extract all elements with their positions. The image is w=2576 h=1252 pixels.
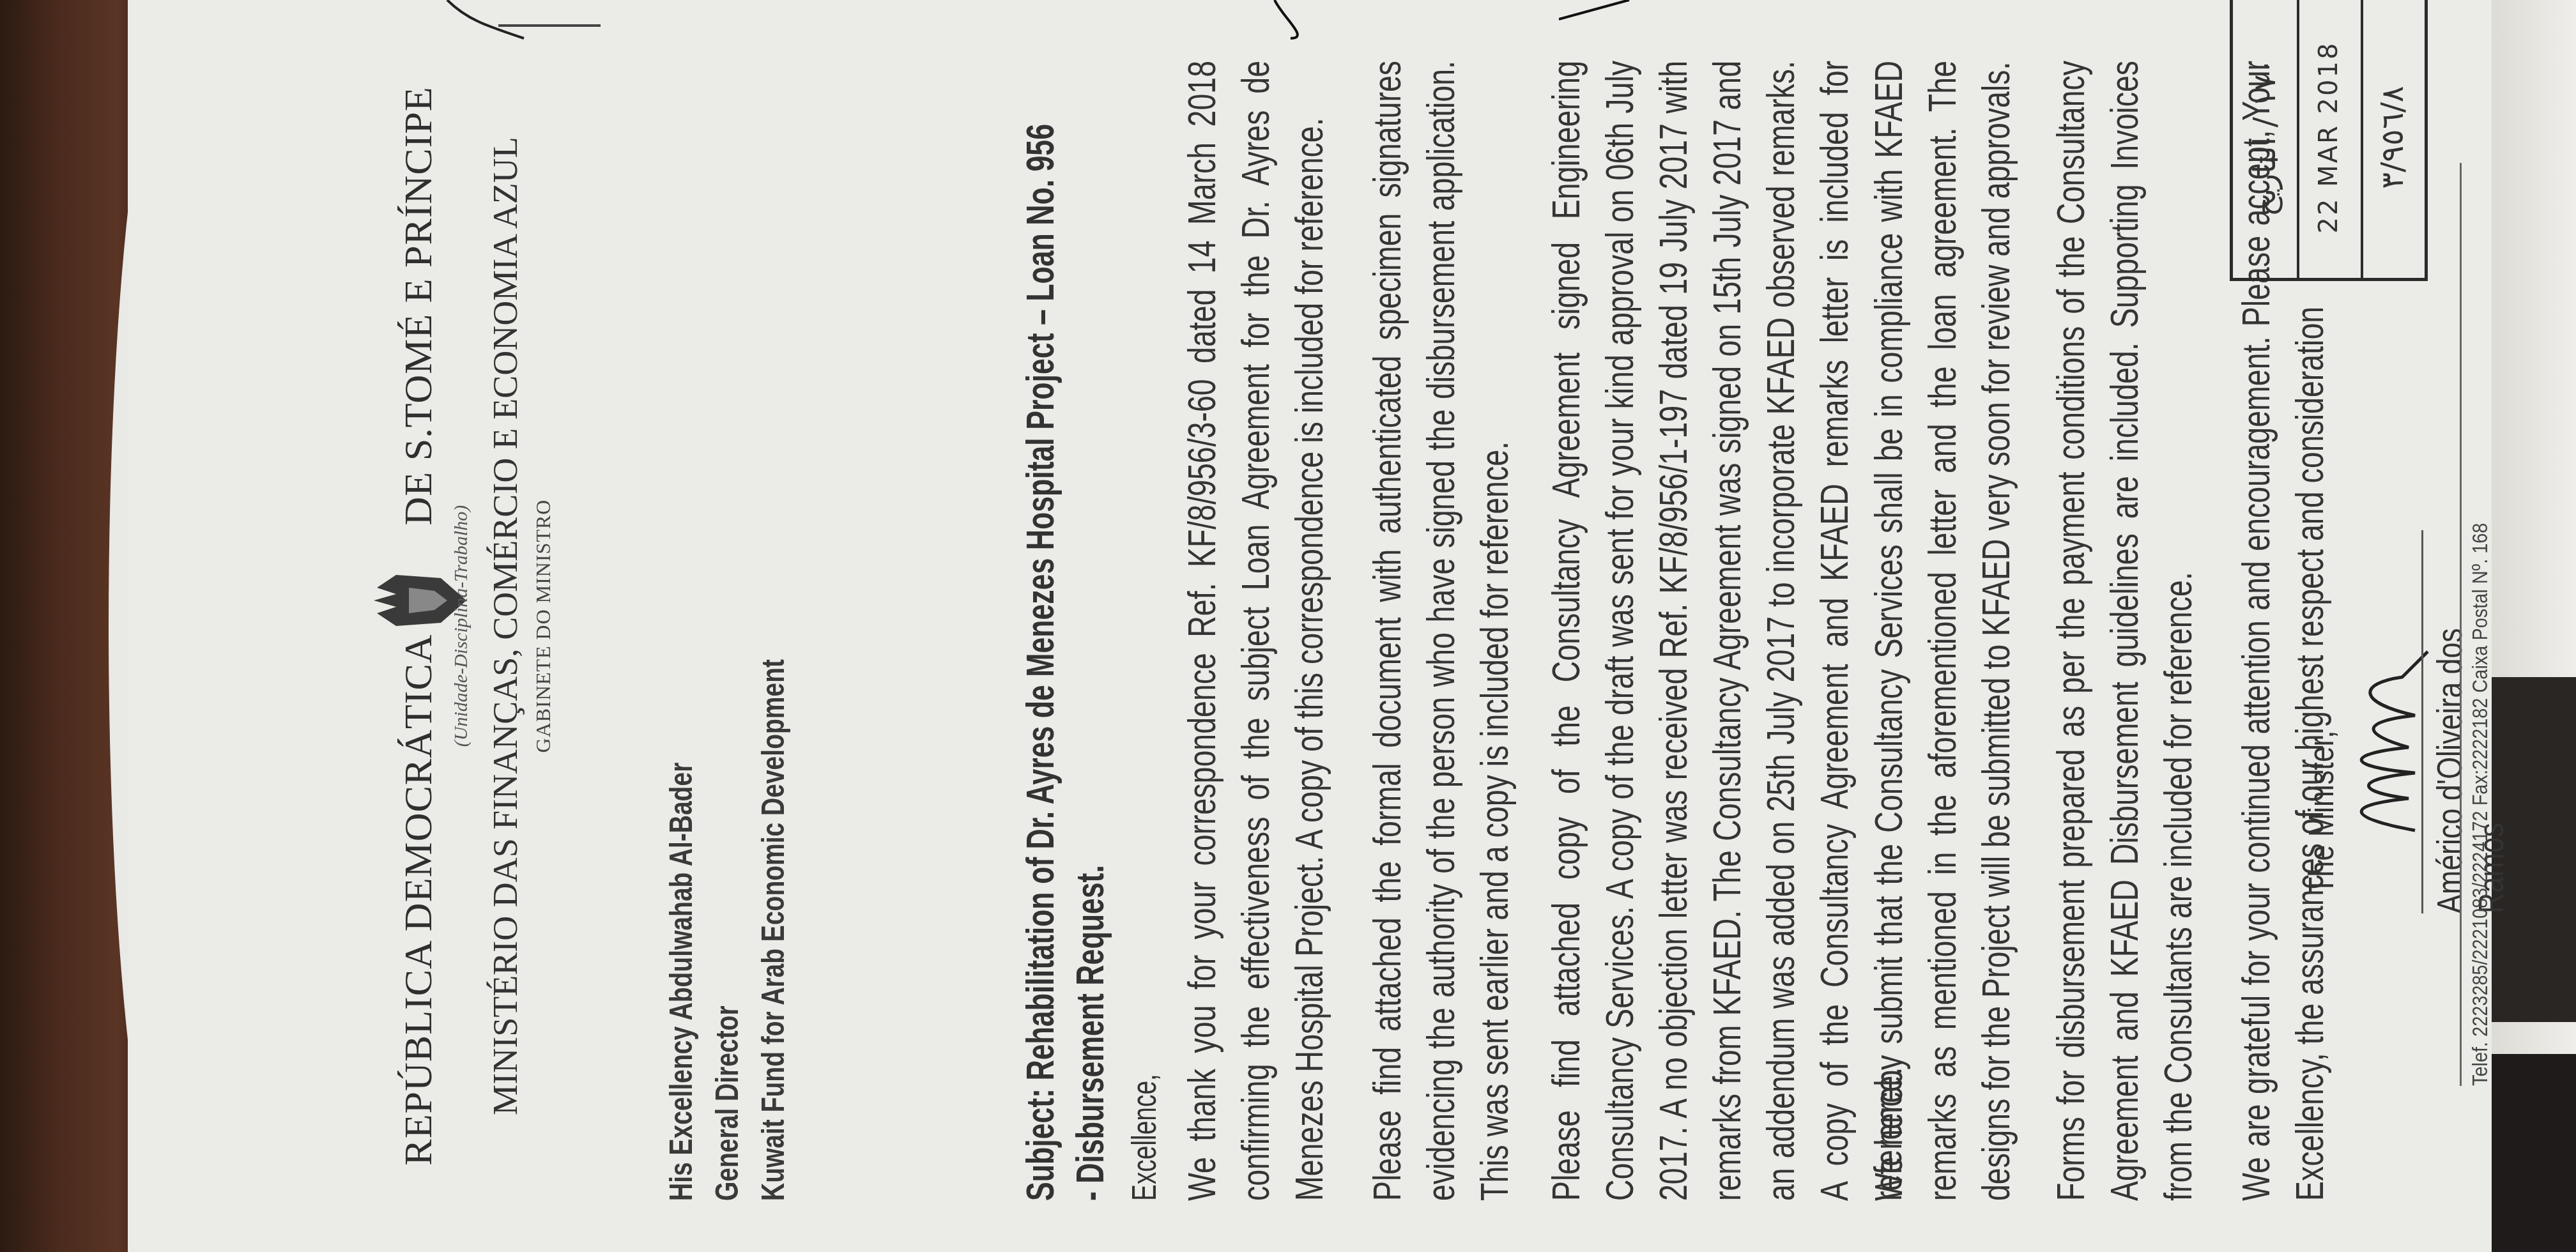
- pen-mark-icon: [319, 0, 1086, 166]
- salutation: Excellence,: [1124, 1074, 1164, 1201]
- received-stamp: ١٧٠ / التاريخ 22 MAR 2018 ٣/٩٥٦/٨: [2230, 0, 2428, 281]
- paragraph: Please find attached the formal document…: [1361, 61, 1522, 1201]
- paragraph: Forms for disbursement prepared as per t…: [2044, 61, 2205, 1201]
- paragraph: Please find attached copy of the Consult…: [1540, 61, 1915, 1201]
- letterhead-left: REPÚBLICA DEMOCRÁTICA: [397, 634, 440, 1165]
- pen-stroke-icon: [1559, 0, 1636, 26]
- letterhead-motto: (Unidade-Disciplina-Trabalho): [450, 0, 472, 1252]
- subject-line: Subject: Rehabilitation of Dr. Ayres de …: [1016, 120, 1115, 1201]
- recipient-title: General Director: [704, 659, 750, 1201]
- table-surface: [0, 0, 147, 1252]
- letter-paper: REPÚBLICA DEMOCRÁTICADE S.TOMÉ E PRÍNCIP…: [128, 0, 2492, 1252]
- pen-stroke-icon: [1271, 0, 1476, 64]
- stamp-file-ref: ٣/٩٥٦/٨: [2361, 0, 2425, 278]
- stamp-date: 22 MAR 2018: [2297, 0, 2363, 278]
- ministry-name: MINISTÉRIO DAS FINANÇAS, COMÉRCIO E ECON…: [486, 0, 525, 1252]
- recipient-block: His Excellency Abdulwahab Al-Bader Gener…: [658, 659, 796, 1201]
- paragraph: We hereby submit that the Consultancy Se…: [1862, 61, 2023, 1201]
- office-name: GABINETE DO MINISTRO: [532, 0, 555, 1252]
- paragraph: We thank you for your correspondence Ref…: [1176, 61, 1337, 1201]
- stamp-number: ١٧٠ / التاريخ: [2233, 0, 2299, 278]
- letter-page: REPÚBLICA DEMOCRÁTICADE S.TOMÉ E PRÍNCIP…: [128, 0, 2492, 1252]
- letterhead-footer: Telef. 2223285/2221083/2224172 Fax:22221…: [2460, 163, 2493, 1086]
- recipient-organization: Kuwait Fund for Arab Economic Developmen…: [750, 659, 796, 1201]
- recipient-name: His Excellency Abdulwahab Al-Bader: [658, 659, 704, 1201]
